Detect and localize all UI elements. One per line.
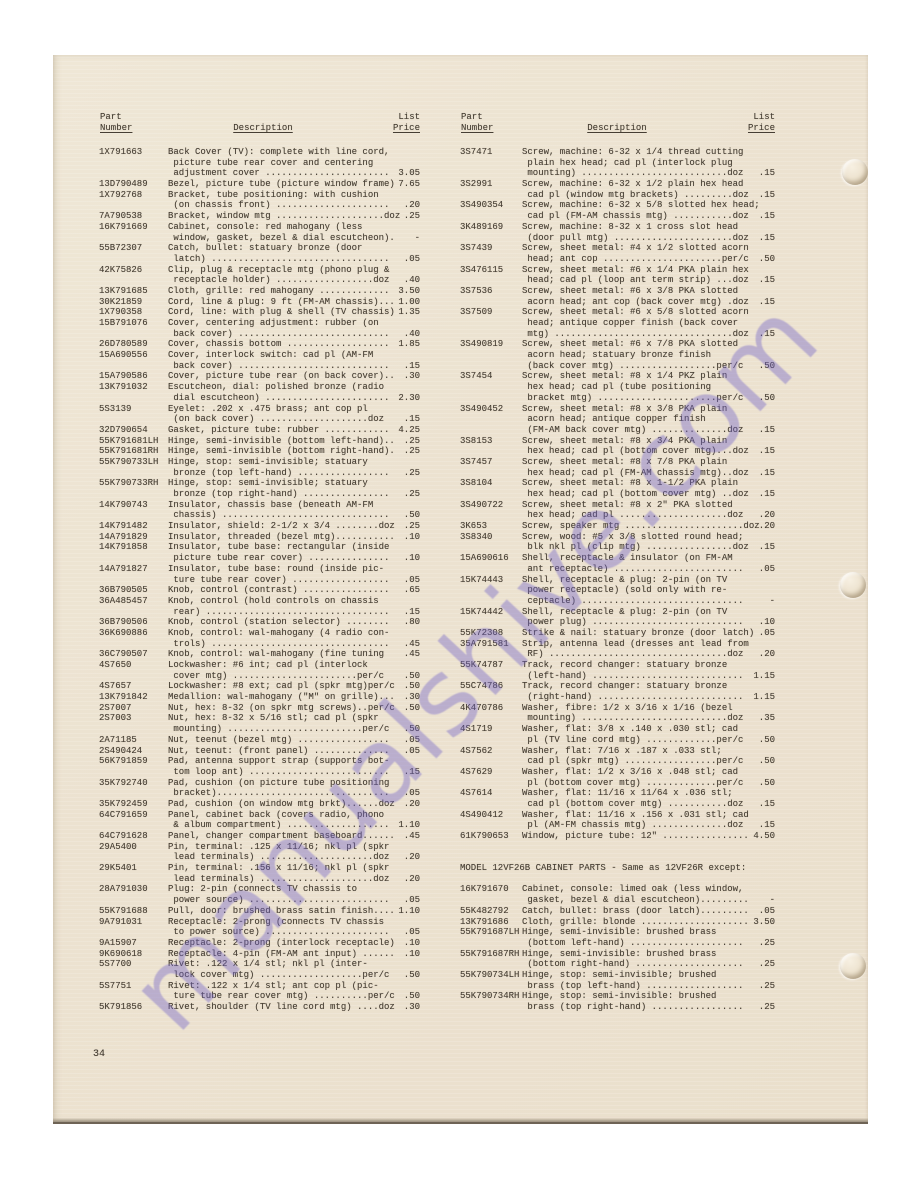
- table-row: lock cover mtg) ...................per/c…: [97, 970, 420, 981]
- description-line: (on back cover) ....................doz: [168, 414, 384, 425]
- table-row: 13K791842Medallion: wal-mahogany ("M" on…: [97, 692, 420, 703]
- description-line: Hinge, semi-invisible: brushed brass: [522, 949, 716, 960]
- list-price: -: [770, 596, 775, 607]
- table-row: 2S7007Nut, hex: 8-32 (on spkr mtg screws…: [97, 703, 420, 714]
- description-line: Pin, terminal: .156 x 11/16; nkl pl (spk…: [168, 863, 389, 874]
- part-number: 15A790586: [99, 371, 148, 382]
- header-description-label: Description: [233, 123, 292, 133]
- table-row: [458, 874, 775, 885]
- table-row: latch) .................................…: [97, 254, 420, 265]
- description-line: ture tube rear cover mtg) ..........per/…: [168, 991, 395, 1002]
- description-line: Screw, speaker mtg .....................…: [522, 521, 760, 532]
- part-number: 42K75826: [99, 265, 142, 276]
- list-price: .25: [404, 446, 420, 457]
- description-line: Nut, hex: 8-32 (on spkr mtg screws)..per…: [168, 703, 395, 714]
- table-row: 2S490424Nut, teenut: (front panel) .....…: [97, 746, 420, 757]
- description-line: Screw, machine: 6-32 x 5/8 slotted hex h…: [522, 200, 760, 211]
- part-number: 16K791670: [460, 884, 509, 895]
- list-price: .20: [404, 852, 420, 863]
- table-row: power source) ..........................…: [97, 895, 420, 906]
- description-line: Screw, sheet metal: #6 x 5/8 slotted aco…: [522, 307, 749, 318]
- table-row: 15K74443Shell, receptacle & plug: 2-pin …: [458, 575, 775, 586]
- table-row: pl (TV line cord mtg) .............per/c…: [458, 735, 775, 746]
- description-line: cad pl (FM-AM chassis mtg) ...........do…: [522, 211, 749, 222]
- description-line: Receptacle: 4-pin (FM-AM ant input) ....…: [168, 949, 395, 960]
- list-price: .50: [759, 361, 775, 372]
- list-price: .05: [404, 746, 420, 757]
- description-line: blk nkl pl (clip mtg) ................do…: [522, 542, 749, 553]
- description-line: dial escutcheon) .......................: [168, 393, 389, 404]
- description-line: Pull, door: brushed brass satin finish..…: [168, 906, 395, 917]
- header-price-label: Price: [393, 123, 420, 133]
- part-number: 61K790653: [460, 831, 509, 842]
- header-list-label: List: [398, 112, 420, 122]
- description-line: Hinge, stop: semi-invisible: brushed: [522, 991, 716, 1002]
- table-row: mounting) ...........................doz…: [458, 168, 775, 179]
- table-row: mounting) ...........................doz…: [458, 713, 775, 724]
- table-row: hex head; cad pl (bottom cover mtg) ..do…: [458, 489, 775, 500]
- left-header-part-number: Part Number: [100, 112, 132, 133]
- part-number: 1X792768: [99, 190, 142, 201]
- description-line: Rivet, shoulder (TV line cord mtg) ....d…: [168, 1002, 395, 1013]
- part-number: 14A791829: [99, 532, 148, 543]
- part-number: 55K790734RH: [460, 991, 519, 1002]
- list-price: .15: [759, 799, 775, 810]
- part-number: 5K791856: [99, 1002, 142, 1013]
- description-line: Screw, sheet metal: #8 x 3/4 PKA plain: [522, 436, 727, 447]
- part-number: 13K791685: [99, 286, 148, 297]
- description-line: picture tube rear cover) ...............: [168, 553, 389, 564]
- description-line: Screw, sheet metal: #6 x 3/8 PKA slotted: [522, 286, 738, 297]
- list-price: .50: [404, 703, 420, 714]
- part-number: 32D790654: [99, 425, 148, 436]
- description-line: Panel, changer compartment baseboard....…: [168, 831, 395, 842]
- table-row: brass (top left-hand) ..................…: [458, 981, 775, 992]
- description-line: Knob, control (hold controls on chassis: [168, 596, 379, 607]
- part-number: 29K5401: [99, 863, 137, 874]
- right-header-list-price: List Price: [708, 112, 775, 133]
- description-line: brass (top left-hand) ..................: [522, 981, 743, 992]
- part-number: 55K790734LH: [460, 970, 519, 981]
- description-line: Screw, wood: #5 x 3/8 slotted round head…: [522, 532, 743, 543]
- description-line: pl (bottom cover mtg) .............per/c: [522, 778, 743, 789]
- description-line: head; antique copper finish (back cover: [522, 318, 738, 329]
- description-line: ture tube rear cover) ..................: [168, 575, 389, 586]
- part-number: 4S490412: [460, 810, 503, 821]
- part-number: 15K74443: [460, 575, 503, 586]
- description-line: bracket mtg) ......................per/c: [522, 393, 743, 404]
- list-price: .25: [404, 468, 420, 479]
- part-number: 3S8153: [460, 436, 492, 447]
- table-row: 55K790734LHHinge, stop: semi-invisible; …: [458, 970, 775, 981]
- table-row: 55K791681RHHinge, semi-invisible (bottom…: [97, 446, 420, 457]
- description-line: Escutcheon, dial: polished bronze (radio: [168, 382, 384, 393]
- list-price: .40: [404, 275, 420, 286]
- description-line: Washer, flat: 1/2 x 3/16 x .048 stl; cad: [522, 767, 738, 778]
- table-row: cad pl (FM-AM chassis mtg) ...........do…: [458, 211, 775, 222]
- list-price: .30: [404, 1002, 420, 1013]
- description-line: Cover, picture tube rear (on back cover)…: [168, 371, 395, 382]
- table-row: 35A791581Strip, antenna lead (dresses an…: [458, 639, 775, 650]
- table-row: 55K790733RHHinge, stop: semi-invisible; …: [97, 478, 420, 489]
- part-number: 36A485457: [99, 596, 148, 607]
- list-price: 3.50: [753, 917, 775, 928]
- description-line: Nut, teenut (bezel mtg) ................…: [168, 735, 389, 746]
- right-header-description: Description: [537, 112, 697, 133]
- header-part-label: Part: [100, 112, 122, 122]
- description-line: back cover) ............................: [168, 361, 389, 372]
- description-line: Bracket, tube positioning: with cushion: [168, 190, 379, 201]
- table-row: 5S3139Eyelet: .202 x .475 brass; ant cop…: [97, 404, 420, 415]
- part-number: 36C790507: [99, 649, 148, 660]
- list-price: .20: [759, 510, 775, 521]
- table-row: bracket mtg) ......................per/c…: [458, 393, 775, 404]
- table-row: 9K690618Receptacle: 4-pin (FM-AM ant inp…: [97, 949, 420, 960]
- part-number: 4S7650: [99, 660, 131, 671]
- list-price: .20: [404, 874, 420, 885]
- part-number: 9A15907: [99, 938, 137, 949]
- description-line: Shell, receptacle & plug: 2-pin (on TV: [522, 575, 727, 586]
- description-line: Screw, sheet metal: #8 x 7/8 PKA plain: [522, 457, 727, 468]
- table-row: 28A791030Plug: 2-pin (connects TV chassi…: [97, 884, 420, 895]
- description-line: Cabinet, console: limed oak (less window…: [522, 884, 743, 895]
- list-price: .15: [759, 168, 775, 179]
- table-row: 3S490819Screw, sheet metal: #6 x 7/8 PKA…: [458, 339, 775, 350]
- table-row: hex head; cad pl (tube positioning: [458, 382, 775, 393]
- part-number: 29A5400: [99, 842, 137, 853]
- list-price: .50: [404, 681, 420, 692]
- table-row: 55K482792Catch, bullet: brass (door latc…: [458, 906, 775, 917]
- table-row: 3S490452Screw, sheet metal: #8 x 3/8 PKA…: [458, 404, 775, 415]
- description-line: Cover, centering adjustment: rubber (on: [168, 318, 379, 329]
- description-line: to power source) .......................: [168, 927, 389, 938]
- part-number: 28A791030: [99, 884, 148, 895]
- description-line: mounting) ...........................doz: [522, 713, 743, 724]
- table-row: 3K489169Screw, machine: 8-32 x 1 cross s…: [458, 222, 775, 233]
- description-line: mounting) ...........................doz: [522, 168, 743, 179]
- list-price: .45: [404, 639, 420, 650]
- table-row: cad pl (spkr mtg) .................per/c…: [458, 756, 775, 767]
- part-number: 3S2991: [460, 179, 492, 190]
- table-row: acorn head; ant cop (back cover mtg) .do…: [458, 297, 775, 308]
- description-line: Clip, plug & receptacle mtg (phono plug …: [168, 265, 389, 276]
- table-row: head; antique copper finish (back cover: [458, 318, 775, 329]
- table-row: 16K791669Cabinet, console: red mahogany …: [97, 222, 420, 233]
- description-line: cover mtg) .......................per/c: [168, 671, 384, 682]
- description-line: lead terminals) .....................doz: [168, 874, 389, 885]
- list-price: 3.05: [398, 168, 420, 179]
- list-price: .50: [759, 735, 775, 746]
- part-number: 2S490424: [99, 746, 142, 757]
- table-row: 55B72307Catch, bullet: statuary bronze (…: [97, 243, 420, 254]
- description-line: Screw, sheet metal: #4 x 1/2 slotted aco…: [522, 243, 749, 254]
- table-row: 35K792459Pad, cushion (on window mtg brk…: [97, 799, 420, 810]
- description-line: Screw, sheet metal: #6 x 7/8 PKA slotted: [522, 339, 738, 350]
- description-line: (right-hand) ...........................: [522, 692, 743, 703]
- list-price: .50: [759, 778, 775, 789]
- table-row: hex head; cad pl (bottom cover mtg)...do…: [458, 446, 775, 457]
- description-line: ant receptacle) ........................: [522, 564, 743, 575]
- part-number: 35A791581: [460, 639, 509, 650]
- list-price: 1.10: [398, 820, 420, 831]
- description-line: (left-hand) ............................: [522, 671, 743, 682]
- table-row: back cover) ............................…: [97, 361, 420, 372]
- part-number: 14A791827: [99, 564, 148, 575]
- list-price: 4.50: [753, 831, 775, 842]
- part-number: 4S7657: [99, 681, 131, 692]
- part-number: 4S7629: [460, 767, 492, 778]
- description-line: mounting) .........................per/c: [168, 724, 389, 735]
- table-row: 9A15907Receptacle: 2-prong (interlock re…: [97, 938, 420, 949]
- list-price: .50: [404, 671, 420, 682]
- table-row: 4S7657Lockwasher: #8 ext; cad pl (spkr m…: [97, 681, 420, 692]
- part-number: 9A791031: [99, 917, 142, 928]
- list-price: .05: [404, 254, 420, 265]
- list-price: .25: [759, 959, 775, 970]
- description-line: Cord, line & plug: 9 ft (FM-AM chassis).…: [168, 297, 395, 308]
- list-price: .15: [759, 329, 775, 340]
- table-row: (FM-AM back cover mtg) ..............doz…: [458, 425, 775, 436]
- list-price: .50: [404, 724, 420, 735]
- description-line: Screw, sheet metal: #8 x 2" PKA slotted: [522, 500, 733, 511]
- header-price-label: Price: [748, 123, 775, 133]
- list-price: .50: [404, 970, 420, 981]
- table-row: 55K72308Strike & nail: statuary bronze (…: [458, 628, 775, 639]
- table-row: (bottom left-hand) .....................…: [458, 938, 775, 949]
- description-line: Hinge, semi-invisible (bottom left-hand)…: [168, 436, 395, 447]
- description-line: Screw, sheet metal: #8 x 1/4 PKZ plain: [522, 371, 727, 382]
- list-price: .05: [404, 735, 420, 746]
- punch-hole: [842, 159, 868, 185]
- list-price: .05: [404, 895, 420, 906]
- description-line: Washer, fibre: 1/2 x 3/16 x 1/16 (bezel: [522, 703, 733, 714]
- table-row: cad pl (bottom cover mtg) ...........doz…: [458, 799, 775, 810]
- table-row: 3S7454Screw, sheet metal: #8 x 1/4 PKZ p…: [458, 371, 775, 382]
- list-price: -: [415, 233, 420, 244]
- table-row: 7A790538Bracket, window mtg ............…: [97, 211, 420, 222]
- part-number: 15A690616: [460, 553, 509, 564]
- description-line: tom loop ant) ..........................: [168, 767, 389, 778]
- table-row: window, gasket, bezel & dial escutcheon)…: [97, 233, 420, 244]
- description-line: trols) .................................: [168, 639, 389, 650]
- part-number: 1X790358: [99, 307, 142, 318]
- list-price: .05: [404, 575, 420, 586]
- list-price: .10: [404, 949, 420, 960]
- description-line: bracket)................................: [168, 788, 389, 799]
- description-line: (back cover mtg) ..................per/c: [522, 361, 743, 372]
- description-line: MODEL 12VF26B CABINET PARTS - Same as 12…: [460, 863, 746, 874]
- table-row: 14K790743Insulator, chassis base (beneat…: [97, 500, 420, 511]
- list-price: 1.15: [753, 671, 775, 682]
- description-line: Insulator, threaded (bezel mtg).........…: [168, 532, 395, 543]
- table-row: 15A790586Cover, picture tube rear (on ba…: [97, 371, 420, 382]
- description-line: Medallion: wal-mahogany ("M" on grille).…: [168, 692, 395, 703]
- part-number: 9K690618: [99, 949, 142, 960]
- table-row: gasket, bezel & dial escutcheon)........…: [458, 895, 775, 906]
- table-row: brass (top right-hand) .................…: [458, 1002, 775, 1013]
- table-row: 15A690556Cover, interlock switch: cad pl…: [97, 350, 420, 361]
- table-row: 3S7509Screw, sheet metal: #6 x 5/8 slott…: [458, 307, 775, 318]
- table-row: adjustment cover .......................…: [97, 168, 420, 179]
- list-price: .05: [404, 927, 420, 938]
- description-line: Shell, receptacle & insulator (on FM-AM: [522, 553, 733, 564]
- table-row: 13D790489Bezel, picture tube (picture wi…: [97, 179, 420, 190]
- list-price: .40: [404, 329, 420, 340]
- description-line: Strip, antenna lead (dresses ant lead fr…: [522, 639, 749, 650]
- table-row: 64C791659Panel, cabinet back (covers rad…: [97, 810, 420, 821]
- description-line: Hinge, semi-invisible (bottom right-hand…: [168, 446, 395, 457]
- table-row: tom loop ant) ..........................…: [97, 767, 420, 778]
- list-price: .15: [404, 361, 420, 372]
- description-line: cad pl (bottom cover mtg) ...........doz: [522, 799, 743, 810]
- header-number-label: Number: [461, 123, 493, 133]
- table-row: 4S7629Washer, flat: 1/2 x 3/16 x .048 st…: [458, 767, 775, 778]
- description-line: (bottom left-hand) .....................: [522, 938, 743, 949]
- part-number: 14K791482: [99, 521, 148, 532]
- list-price: .20: [404, 799, 420, 810]
- description-line: Eyelet: .202 x .475 brass; ant cop pl: [168, 404, 368, 415]
- table-row: bracket)................................…: [97, 788, 420, 799]
- part-number: 7A790538: [99, 211, 142, 222]
- list-price: .20: [759, 521, 775, 532]
- table-row: 36K690886Knob, control: wal-mahogany (4 …: [97, 628, 420, 639]
- description-line: cad pl (spkr mtg) .................per/c: [522, 756, 743, 767]
- table-row: blk nkl pl (clip mtg) ................do…: [458, 542, 775, 553]
- description-line: mtg) .................................do…: [522, 329, 749, 340]
- part-number: 3S476115: [460, 265, 503, 276]
- part-number: 4K470786: [460, 703, 503, 714]
- table-row: 14K791482Insulator, shield: 2-1/2 x 3/4 …: [97, 521, 420, 532]
- part-number: 55K72308: [460, 628, 503, 639]
- list-price: .10: [404, 553, 420, 564]
- part-number: 3S490722: [460, 500, 503, 511]
- list-price: 1.35: [398, 307, 420, 318]
- list-price: .15: [759, 233, 775, 244]
- table-row: plain hex head; cad pl (interlock plug: [458, 158, 775, 169]
- header-number-label: Number: [100, 123, 132, 133]
- description-line: Hinge, stop: semi-invisible; brushed: [522, 970, 716, 981]
- description-line: Cabinet, console: red mahogany (less: [168, 222, 362, 233]
- description-line: power plug) ............................: [522, 617, 743, 628]
- part-number: 3S7471: [460, 147, 492, 158]
- list-price: .10: [404, 532, 420, 543]
- table-row: & album compartment) ...................…: [97, 820, 420, 831]
- list-price: .15: [759, 542, 775, 553]
- description-line: acorn head; statuary bronze finish: [522, 350, 711, 361]
- list-price: 7.65: [398, 179, 420, 190]
- part-number: 55C74786: [460, 681, 503, 692]
- description-line: Receptacle: 2-prong (connects TV chassis: [168, 917, 384, 928]
- description-line: head; cad pl (loop ant term strip) ...do…: [522, 275, 749, 286]
- list-price: 1.00: [398, 297, 420, 308]
- table-row: 32D790654Gasket, picture tube: rubber ..…: [97, 425, 420, 436]
- description-line: Cloth, grille: blonde ..................…: [522, 917, 749, 928]
- table-row: (bottom right-hand) ....................…: [458, 959, 775, 970]
- list-price: .20: [759, 649, 775, 660]
- part-number: 36B790506: [99, 617, 148, 628]
- table-row: (right-hand) ...........................…: [458, 692, 775, 703]
- list-price: .05: [404, 788, 420, 799]
- part-number: 64C791659: [99, 810, 148, 821]
- description-line: Back Cover (TV): complete with line cord…: [168, 147, 389, 158]
- table-row: 3S2991Screw, machine: 6-32 x 1/2 plain h…: [458, 179, 775, 190]
- description-line: plain hex head; cad pl (interlock plug: [522, 158, 733, 169]
- table-row: 4S7562Washer, flat: 7/16 x .187 x .033 s…: [458, 746, 775, 757]
- table-row: 4S1719Washer, flat: 3/8 x .140 x .030 st…: [458, 724, 775, 735]
- list-price: .15: [759, 275, 775, 286]
- table-row: 26D780589Cover, chassis bottom .........…: [97, 339, 420, 350]
- table-row: 42K75826Clip, plug & receptacle mtg (pho…: [97, 265, 420, 276]
- part-number: 3S490819: [460, 339, 503, 350]
- description-line: Pad, antenna support strap (supports bot…: [168, 756, 389, 767]
- part-number: 5S7700: [99, 959, 131, 970]
- part-number: 1X791663: [99, 147, 142, 158]
- list-price: .15: [404, 767, 420, 778]
- description-line: Track, record changer: statuary bronze: [522, 660, 727, 671]
- description-line: power receptacle) (sold only with re-: [522, 585, 727, 596]
- table-row: 4K470786Washer, fibre: 1/2 x 3/16 x 1/16…: [458, 703, 775, 714]
- list-price: .25: [759, 938, 775, 949]
- table-row: 5S7751Rivet: .122 x 1/4 stl; ant cop pl …: [97, 981, 420, 992]
- table-row: chassis) ...............................…: [97, 510, 420, 521]
- description-line: Hinge, stop: semi-invisible; statuary: [168, 478, 368, 489]
- list-price: .15: [759, 190, 775, 201]
- description-line: Washer, flat: 7/16 x .187 x .033 stl;: [522, 746, 722, 757]
- part-number: 26D780589: [99, 339, 148, 350]
- table-row: 29A5400Pin, terminal: .125 x 11/16; nkl …: [97, 842, 420, 853]
- table-row: 14A791827Insulator, tube base: round (in…: [97, 564, 420, 575]
- description-line: window, gasket, bezel & dial escutcheon)…: [168, 233, 395, 244]
- parts-table-left: 1X791663Back Cover (TV): complete with l…: [97, 147, 420, 1013]
- table-row: to power source) .......................…: [97, 927, 420, 938]
- part-number: 4S1719: [460, 724, 492, 735]
- punch-hole: [840, 953, 866, 979]
- description-line: pl (AM-FM chassis mtg) ..............doz: [522, 820, 743, 831]
- table-row: 14K791858Insulator, tube base: rectangul…: [97, 542, 420, 553]
- list-price: .65: [404, 585, 420, 596]
- table-row: 3S8340Screw, wood: #5 x 3/8 slotted roun…: [458, 532, 775, 543]
- part-number: 55K790733LH: [99, 457, 158, 468]
- table-row: 4S7614Washer, flat: 11/16 x 11/64 x .036…: [458, 788, 775, 799]
- table-row: 64C791628Panel, changer compartment base…: [97, 831, 420, 842]
- part-number: 35K792459: [99, 799, 148, 810]
- description-line: lead terminals) .....................doz: [168, 852, 389, 863]
- description-line: Cord, line: with plug & shell (TV chassi…: [168, 307, 395, 318]
- description-line: lock cover mtg) ...................per/c: [168, 970, 389, 981]
- description-line: Catch, bullet: statuary bronze (door: [168, 243, 362, 254]
- part-number: 13K791032: [99, 382, 148, 393]
- description-line: Insulator, shield: 2-1/2 x 3/4 ........d…: [168, 521, 395, 532]
- description-line: Screw, machine: 8-32 x 1 cross slot head: [522, 222, 738, 233]
- table-row: receptacle holder) ..................doz…: [97, 275, 420, 286]
- part-number: 55K791688: [99, 906, 148, 917]
- list-price: .50: [404, 510, 420, 521]
- description-line: hex head; cad pl (tube positioning: [522, 382, 711, 393]
- description-line: rear) ..................................: [168, 607, 389, 618]
- table-row: 3S7471Screw, machine: 6-32 x 1/4 thread …: [458, 147, 775, 158]
- table-row: lead terminals) .....................doz…: [97, 874, 420, 885]
- table-row: head; cad pl (loop ant term strip) ...do…: [458, 275, 775, 286]
- table-row: acorn head; antique copper finish: [458, 414, 775, 425]
- table-row: 2A71185Nut, teenut (bezel mtg) .........…: [97, 735, 420, 746]
- description-line: Insulator, tube base: rectangular (insid…: [168, 542, 389, 553]
- table-row: 9A791031Receptacle: 2-prong (connects TV…: [97, 917, 420, 928]
- description-line: Plug: 2-pin (connects TV chassis to: [168, 884, 357, 895]
- list-price: .80: [404, 617, 420, 628]
- part-number: 3S490354: [460, 200, 503, 211]
- table-row: mounting) .........................per/c…: [97, 724, 420, 735]
- description-line: head; ant cop ......................per/…: [522, 254, 749, 265]
